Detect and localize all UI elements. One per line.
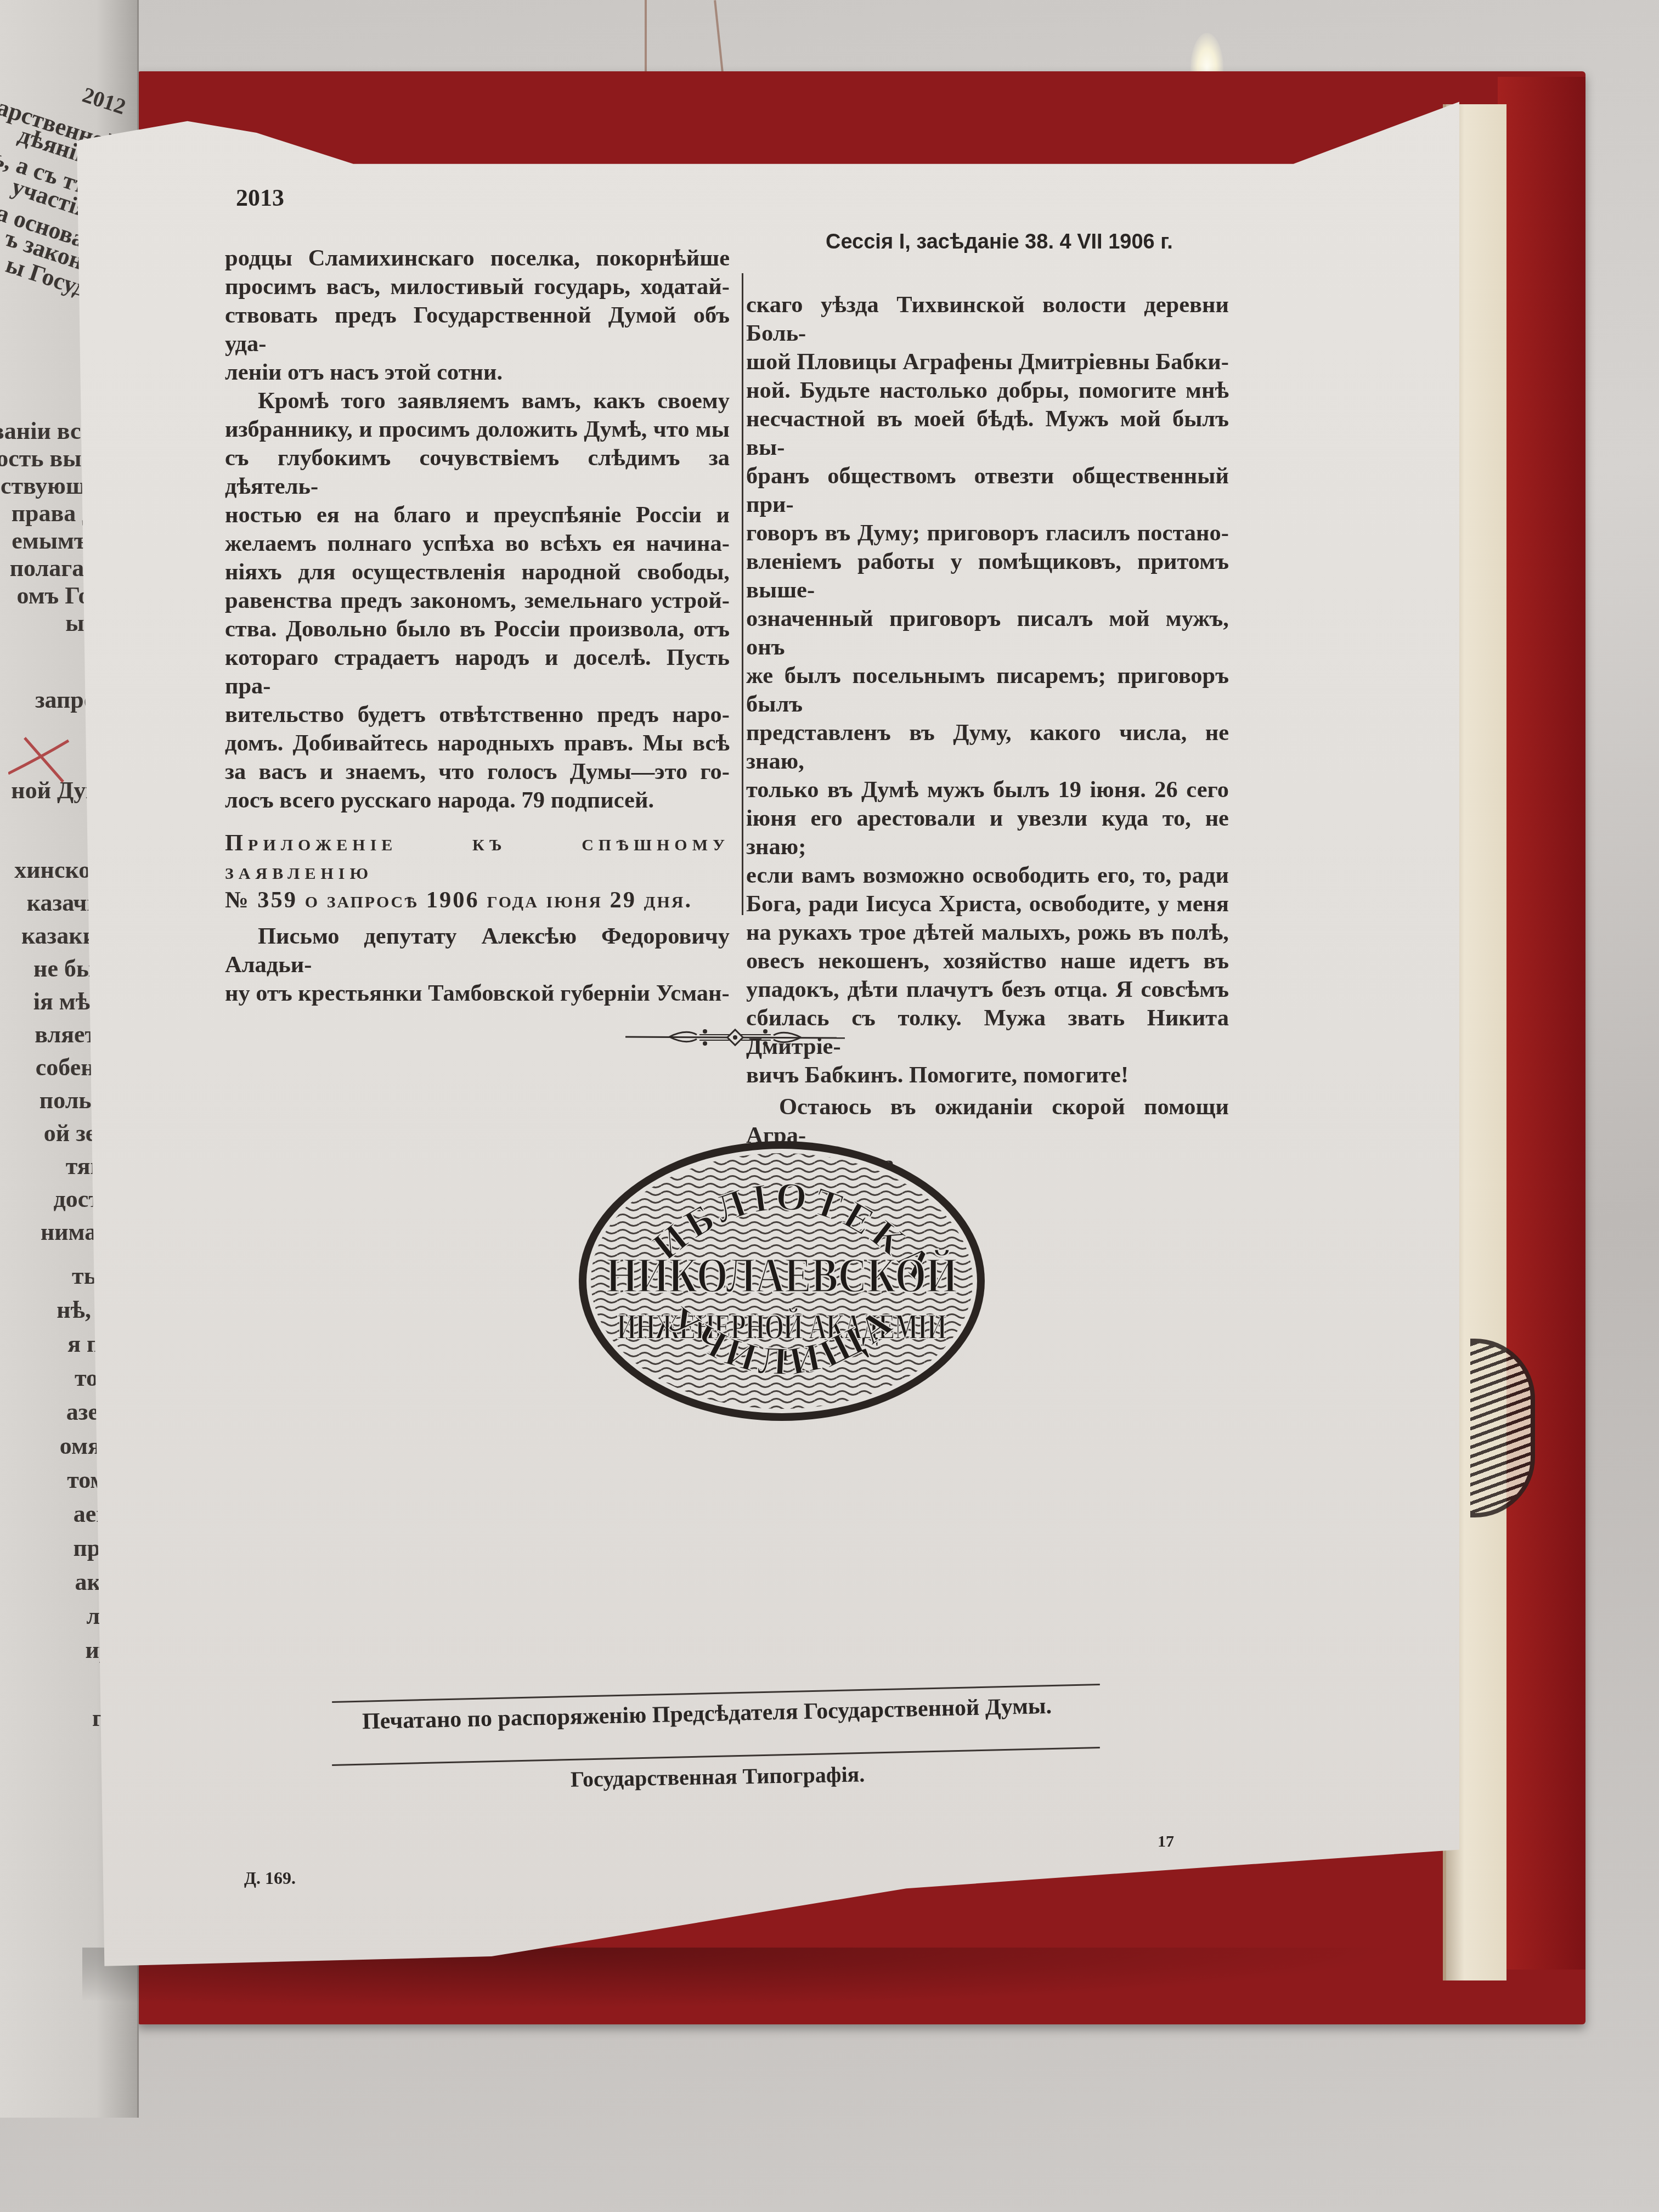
text-line: леніи отъ насъ этой сотни. xyxy=(225,358,730,387)
text-line: вительство будетъ отвѣтственно предъ нар… xyxy=(225,701,730,729)
text-line: ностью ея на благо и преуспѣяніе Россіи … xyxy=(225,501,730,529)
letter-text: скаго уѣзда Тихвинской волости деревни Б… xyxy=(746,291,1229,1090)
left-column: родцы Сламихинскаго поселка, покорнѣйшеп… xyxy=(225,244,730,1008)
text-line: избраннику, и просимъ доложить Думѣ, что… xyxy=(225,415,730,444)
text-line: за васъ и знаемъ, что голосъ Думы—это го… xyxy=(225,758,730,786)
text-line: если вамъ возможно освободить его, то, р… xyxy=(746,861,1229,890)
pencil-x-mark-icon xyxy=(8,735,74,785)
text-line: ніяхъ для осуществленія народной свободы… xyxy=(225,558,730,586)
text-line: съ глубокимъ сочувствіемъ слѣдимъ за дѣя… xyxy=(225,444,730,501)
previous-page-number: 2012 xyxy=(80,82,129,120)
text-line: Кромѣ того заявляемъ вамъ, какъ своему xyxy=(225,387,730,415)
session-header: Сессія I, засѣданіе 38. 4 VII 1906 г. xyxy=(826,230,1173,254)
column-divider xyxy=(742,273,743,915)
text-line: желаемъ полнаго успѣха во всѣхъ ея начин… xyxy=(225,529,730,558)
text-line: котораго страдаетъ народъ и доселѣ. Пуст… xyxy=(225,644,730,701)
text-line: говоръ въ Думу; приговоръ гласилъ постан… xyxy=(746,519,1229,548)
signature-mark: Д. 169. xyxy=(244,1868,296,1888)
text-line: Бога, ради Іисуса Христа, освободите, у … xyxy=(746,890,1229,918)
petition-text: родцы Сламихинскаго поселка, покорнѣйшеп… xyxy=(225,244,730,815)
text-line: просимъ васъ, милостивый государь, ходат… xyxy=(225,273,730,301)
text-line: представленъ въ Думу, какого числа, не з… xyxy=(746,719,1229,776)
sheet-number: 17 xyxy=(1158,1832,1174,1851)
text-line: вичъ Бабкинъ. Помогите, помогите! xyxy=(746,1061,1229,1090)
text-line: лосъ всего русскаго народа. 79 подписей. xyxy=(225,786,730,815)
page-number: 2013 xyxy=(236,184,284,212)
text-line: несчастной въ моей бѣдѣ. Мужъ мой былъ в… xyxy=(746,405,1229,462)
text-line: родцы Сламихинскаго поселка, покорнѣйше xyxy=(225,244,730,273)
text-line: означенный приговоръ писалъ мой мужъ, он… xyxy=(746,605,1229,662)
text-line: же былъ посельнымъ писаремъ; приговоръ б… xyxy=(746,662,1229,719)
letter-intro: Письмо депутату Алексѣю Федоровичу Аладь… xyxy=(225,922,730,1008)
text-line: домъ. Добивайтесь народныхъ правъ. Мы вс… xyxy=(225,729,730,758)
text-line: ной. Будьте настолько добры, помогите мн… xyxy=(746,376,1229,405)
text-line: вленіемъ работы у помѣщиковъ, притомъ вы… xyxy=(746,548,1229,605)
text-line: на рукахъ трое дѣтей малыхъ, рожь въ пол… xyxy=(746,918,1229,947)
text-line: ствовать предъ Государственной Думой объ… xyxy=(225,301,730,358)
text-line: упадокъ, дѣти плачутъ безъ отца. Я совсѣ… xyxy=(746,975,1229,1004)
text-line: только въ Думѣ мужъ былъ 19 іюня. 26 сег… xyxy=(746,776,1229,804)
text-line: бранъ обществомъ отвезти общественный пр… xyxy=(746,462,1229,519)
text-line: равенства предъ закономъ, земельнаго уст… xyxy=(225,586,730,615)
appendix-heading: Приложеніе къ спѣшному заявленію № 359 о… xyxy=(225,829,730,915)
text-line: скаго уѣзда Тихвинской волости деревни Б… xyxy=(746,291,1229,348)
printer-name: Государственная Типографія. xyxy=(571,1761,865,1792)
svg-text:НИКОЛАЕВСКОЙ: НИКОЛАЕВСКОЙ xyxy=(606,1247,957,1303)
book-cover-edge xyxy=(1498,77,1585,1970)
text-line: ства. Довольно было въ Россіи произвола,… xyxy=(225,615,730,644)
ornamental-divider-icon xyxy=(625,1026,845,1048)
text-line: іюня его арестовали и увезли куда то, не… xyxy=(746,804,1229,861)
text-line: овесъ некошенъ, хозяйство наше идетъ въ xyxy=(746,947,1229,975)
library-stamp: БИБЛІОТЕКА НИКОЛАЕВСКОЙ ИНЖЕНЕРНОЙ АКАДЕ… xyxy=(573,1136,990,1426)
text-line: шой Пловицы Аграфены Дмитріевны Бабки- xyxy=(746,348,1229,376)
